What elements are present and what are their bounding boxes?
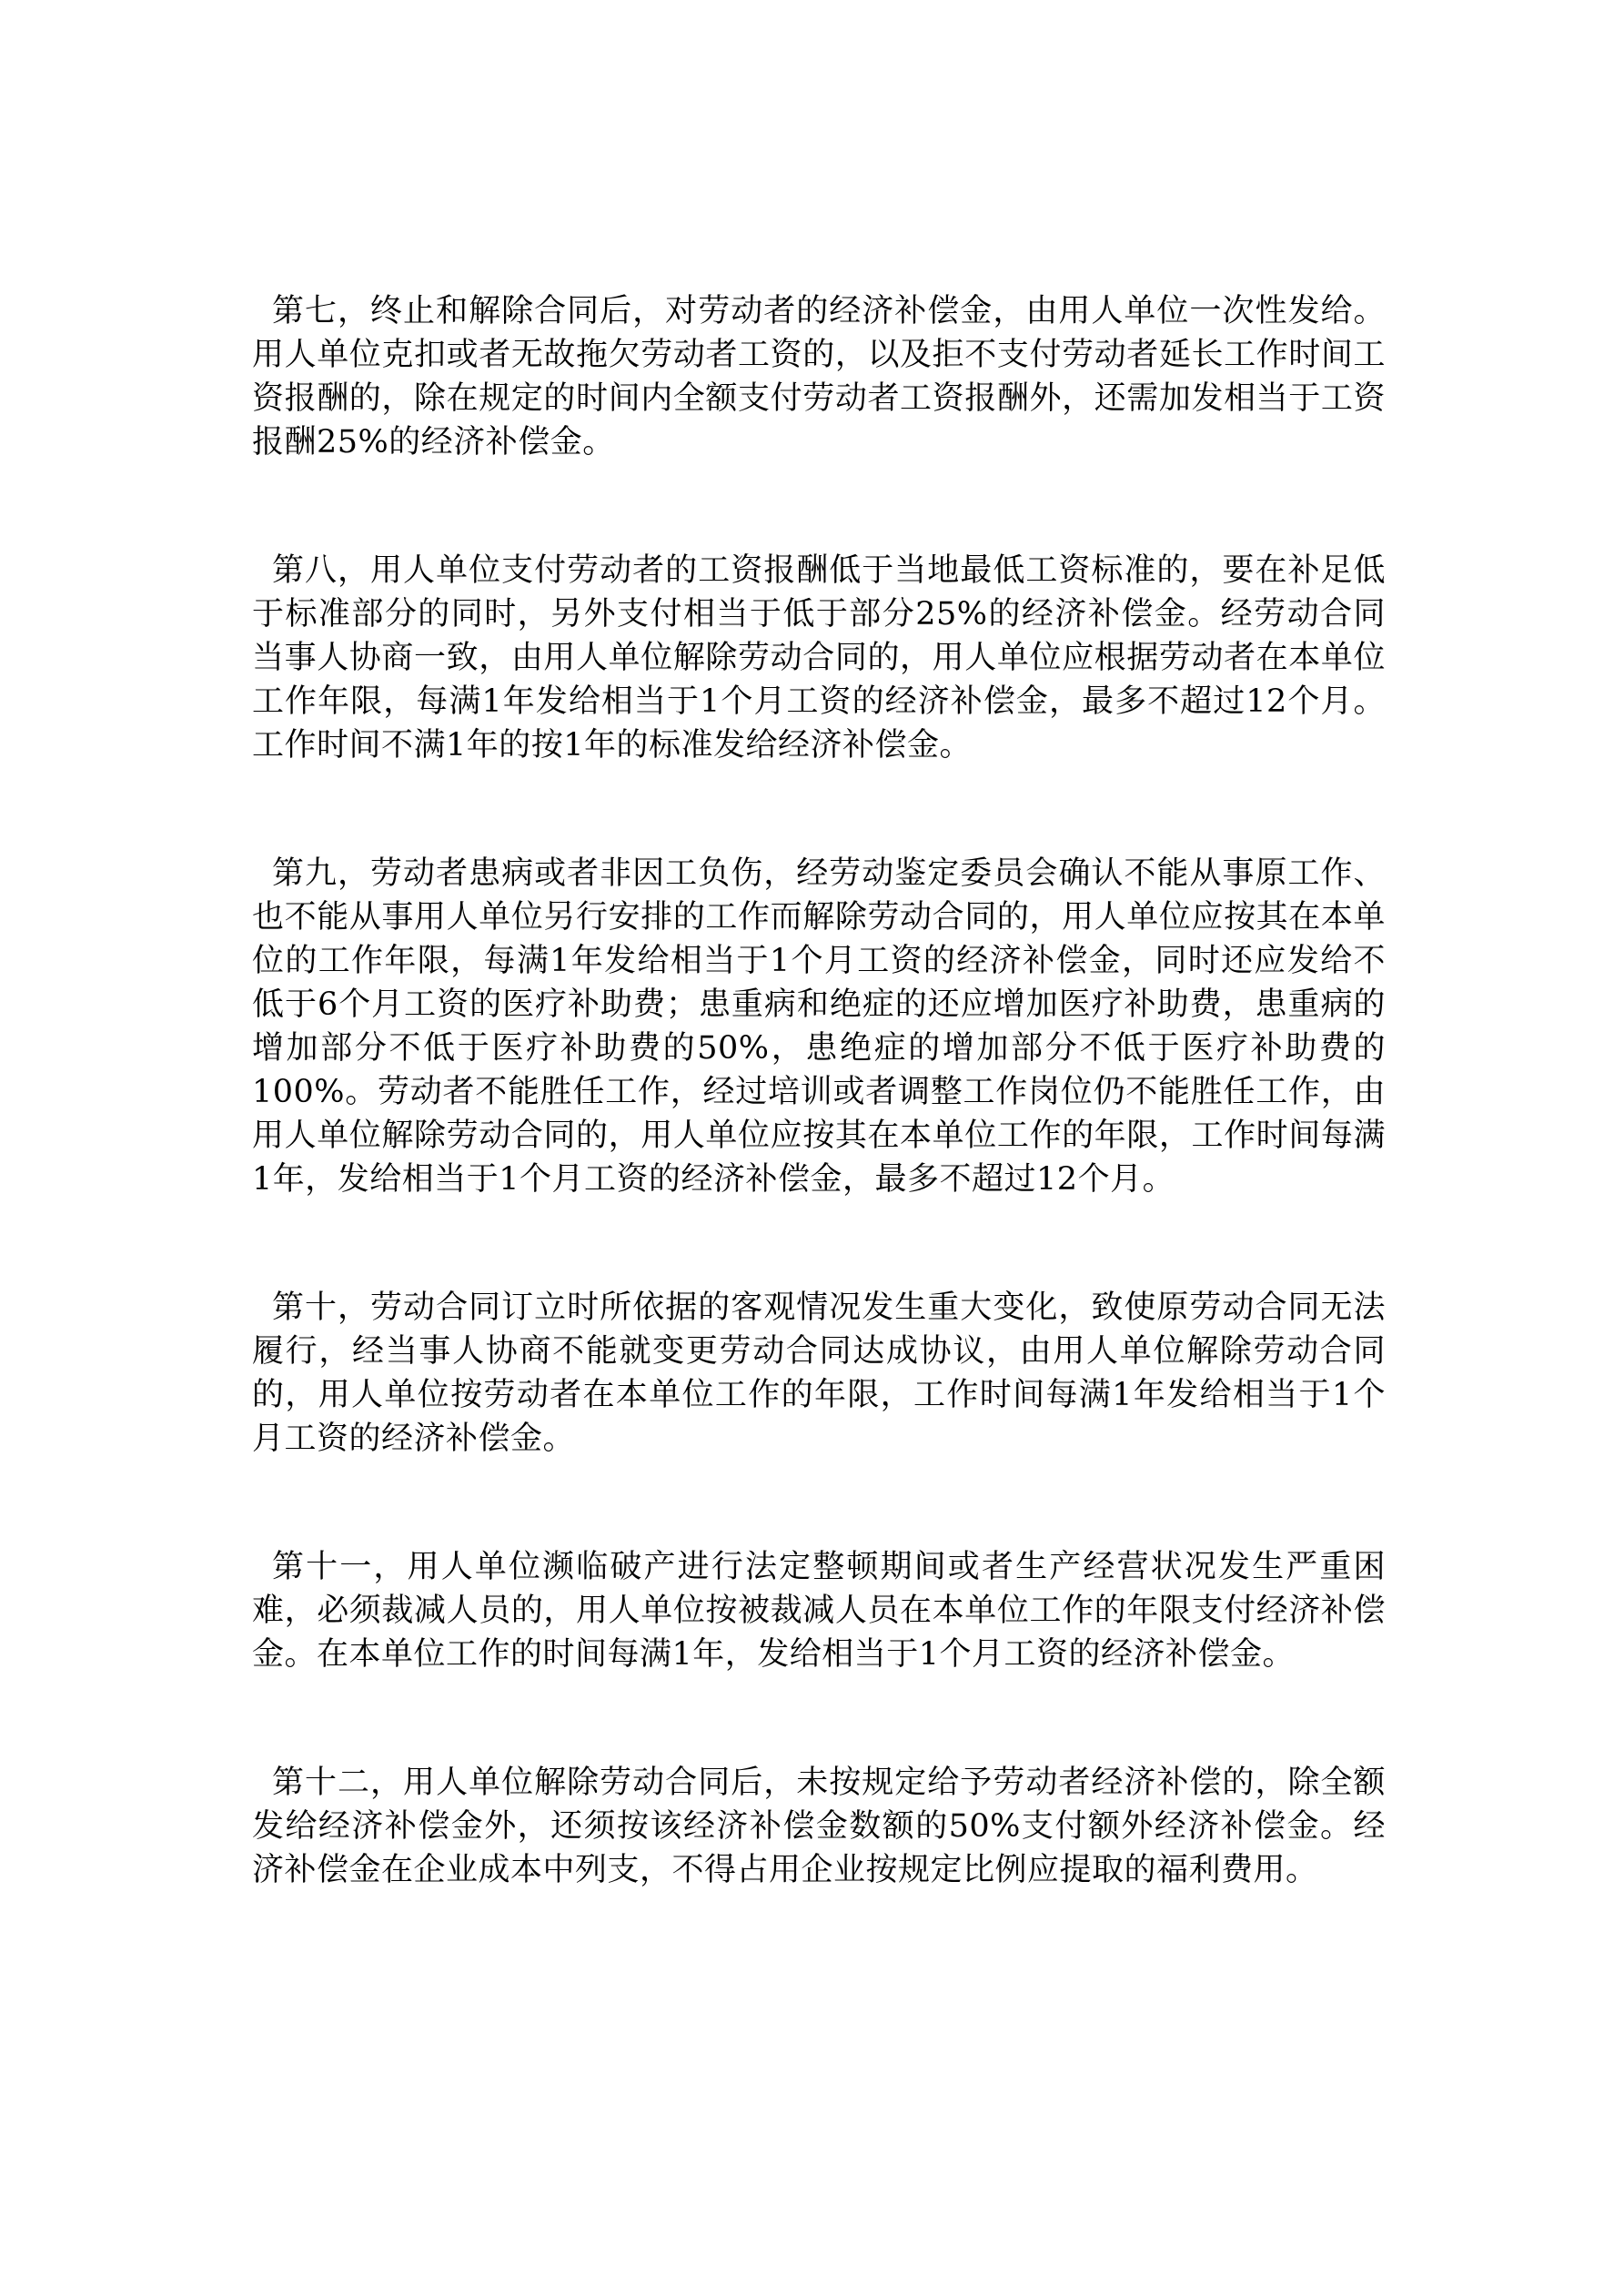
document-page: 第七，终止和解除合同后，对劳动者的经济补偿金，由用人单位一次性发给。用人单位克扣…	[0, 0, 1624, 2296]
paragraph-clause-11: 第十一，用人单位濒临破产进行法定整顿期间或者生产经营状况发生严重困难，必须裁减人…	[252, 1545, 1386, 1676]
paragraph-clause-12: 第十二，用人单位解除劳动合同后，未按规定给予劳动者经济补偿的，除全额发给经济补偿…	[252, 1761, 1386, 1892]
paragraph-clause-8: 第八，用人单位支付劳动者的工资报酬低于当地最低工资标准的，要在补足低于标准部分的…	[252, 549, 1386, 767]
paragraph-clause-9: 第九，劳动者患病或者非因工负伤，经劳动鉴定委员会确认不能从事原工作、也不能从事用…	[252, 852, 1386, 1201]
document-body: 第七，终止和解除合同后，对劳动者的经济补偿金，由用人单位一次性发给。用人单位克扣…	[252, 289, 1386, 1892]
paragraph-clause-10: 第十，劳动合同订立时所依据的客观情况发生重大变化，致使原劳动合同无法履行，经当事…	[252, 1286, 1386, 1461]
paragraph-clause-7: 第七，终止和解除合同后，对劳动者的经济补偿金，由用人单位一次性发给。用人单位克扣…	[252, 289, 1386, 464]
